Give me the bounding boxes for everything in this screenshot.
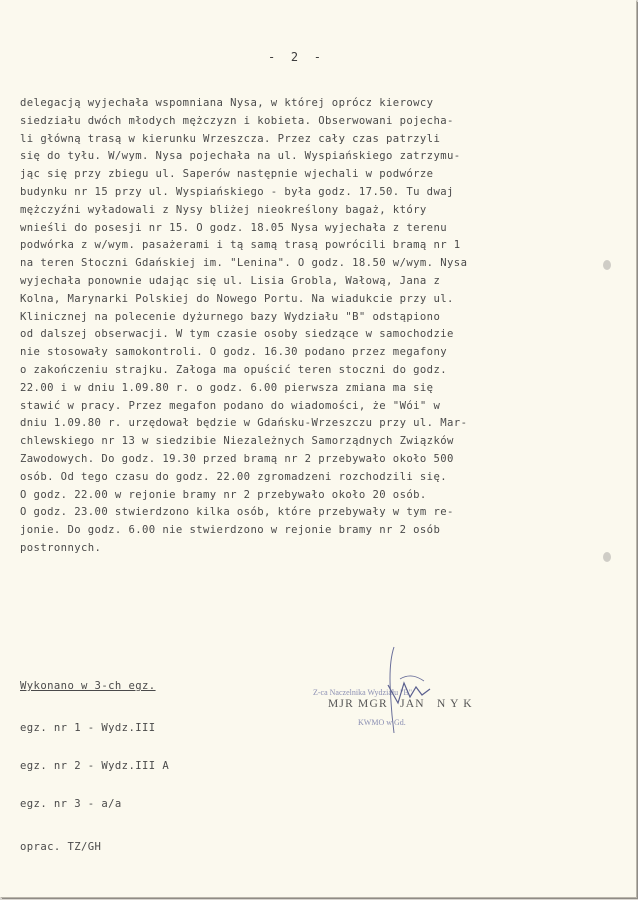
text-line: chlewskiego nr 13 w siedzibie Niezależny… bbox=[20, 433, 467, 451]
handwritten-signature-icon bbox=[380, 645, 460, 735]
text-line: stawić w pracy. Przez megafon podano do … bbox=[20, 398, 467, 416]
copy-line: egz. nr 3 - a/a bbox=[20, 798, 169, 811]
text-line: od dalszej obserwacji. W tym czasie osob… bbox=[20, 326, 467, 344]
paper-hole-mark bbox=[603, 552, 611, 562]
prepared-by: oprac. TZ/GH bbox=[20, 841, 169, 854]
text-line: budynku nr 15 przy ul. Wyspiańskiego - b… bbox=[20, 184, 467, 202]
text-line: 22.00 i w dniu 1.09.80 r. o godz. 6.00 p… bbox=[20, 380, 467, 398]
text-line: Klinicznej na polecenie dyżurnego bazy W… bbox=[20, 309, 467, 327]
text-line: delegacją wyjechała wspomniana Nysa, w k… bbox=[20, 95, 467, 113]
text-line: o zakończeniu strajku. Załoga ma opuścić… bbox=[20, 362, 467, 380]
text-line: wyjechała ponownie udając się ul. Lisia … bbox=[20, 273, 467, 291]
text-line: O godz. 23.00 stwierdzono kilka osób, kt… bbox=[20, 504, 467, 522]
text-line: nie stosowały samokontroli. O godz. 16.3… bbox=[20, 344, 467, 362]
text-line: osób. Od tego czasu do godz. 22.00 zgrom… bbox=[20, 469, 467, 487]
signatory-name: MJR MGR JAN N Y K bbox=[328, 698, 473, 710]
paper-hole-mark bbox=[603, 260, 611, 270]
text-line: dniu 1.09.80 r. urzędował będzie w Gdańs… bbox=[20, 415, 467, 433]
text-line: Zawodowych. Do godz. 19.30 przed bramą n… bbox=[20, 451, 467, 469]
text-line: jąc się przy zbiegu ul. Saperów następni… bbox=[20, 166, 467, 184]
text-line: li główną trasą w kierunku Wrzeszcza. Pr… bbox=[20, 131, 467, 149]
distribution-list: Wykonano w 3-ch egz. egz. nr 1 - Wydz.II… bbox=[20, 655, 169, 879]
text-line: Kolna, Marynarki Polskiej do Nowego Port… bbox=[20, 291, 467, 309]
text-line: siedziału dwóch młodych mężczyzn i kobie… bbox=[20, 113, 467, 131]
copy-line: egz. nr 1 - Wydz.III bbox=[20, 722, 169, 735]
text-line: O godz. 22.00 w rejonie bramy nr 2 przeb… bbox=[20, 487, 467, 505]
text-line: się do tyłu. W/wym. Nysa pojechała na ul… bbox=[20, 148, 467, 166]
text-line: jonie. Do godz. 6.00 nie stwierdzono w r… bbox=[20, 522, 467, 540]
page-number: - 2 - bbox=[268, 50, 321, 64]
copy-line: egz. nr 2 - Wydz.III A bbox=[20, 760, 169, 773]
text-line: postronnych. bbox=[20, 540, 467, 558]
report-body: delegacją wyjechała wspomniana Nysa, w k… bbox=[20, 95, 467, 558]
text-line: na teren Stoczni Gdańskiej im. "Lenina".… bbox=[20, 255, 467, 273]
text-line: wnieśli do posesji nr 15. O godz. 18.05 … bbox=[20, 220, 467, 238]
text-line: podwórka z w/wym. pasażerami i tą samą t… bbox=[20, 237, 467, 255]
document-page: - 2 - delegacją wyjechała wspomniana Nys… bbox=[0, 0, 636, 897]
distribution-heading: Wykonano w 3-ch egz. bbox=[20, 680, 169, 693]
text-line: mężczyźni wyładowali z Nysy bliżej nieok… bbox=[20, 202, 467, 220]
